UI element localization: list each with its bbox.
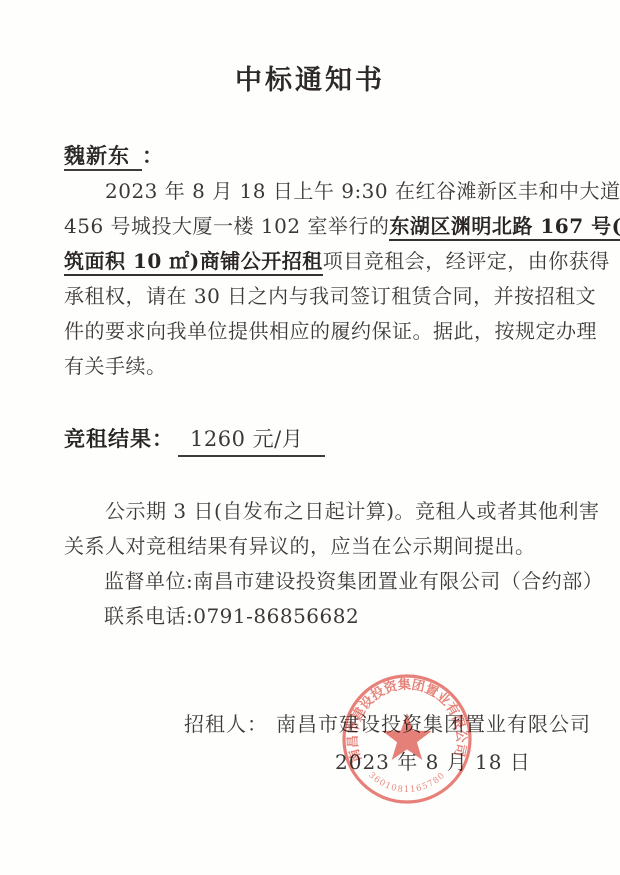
lessor-label: 招租人： — [184, 712, 268, 736]
bid-result-label: 竞租结果： — [64, 426, 174, 451]
body-line: 公示期 3 日(自发布之日起计算)。竞租人或者其他利害 — [64, 494, 576, 529]
contact-block: 监督单位:南昌市建设投资集团置业有限公司（合约部） 联系电话:0791-8685… — [104, 564, 603, 634]
body-text: 456 号城投大厦一楼 102 室举行的 — [64, 214, 389, 238]
body-text: 件的要求向我单位提供相应的履约保证。据此，按规定办理 — [64, 319, 597, 343]
body-text: 项目竞租会，经评定，由你获得 — [323, 249, 610, 273]
body-text: 承租权，请在 30 日之内与我司签订租赁合同，并按招租文 — [64, 284, 596, 308]
company-seal-stamp: 南昌市建设投资集团置业有限公司 3601081165780 — [322, 654, 492, 824]
addressee-line: 魏新东： — [64, 140, 164, 171]
body-text: 有关手续。 — [64, 354, 167, 378]
project-name-highlight: 东湖区渊明北路 167 号(建 — [389, 214, 620, 241]
page-title: 中标通知书 — [0, 58, 620, 97]
phone-line: 联系电话:0791-86856682 — [104, 599, 603, 634]
signature-date: 2023 年 8 月 18 日 — [335, 748, 531, 776]
body-paragraph-main: 2023 年 8 月 18 日上午 9:30 在红谷滩新区丰和中大道 456 号… — [64, 174, 576, 384]
bid-result-value: 1260 元/月 — [178, 424, 325, 457]
seal-ring — [344, 676, 470, 802]
body-line: 筑面积 10 ㎡)商铺公开招租项目竞租会，经评定，由你获得 — [64, 244, 576, 279]
bid-result-line: 竞租结果：1260 元/月 — [64, 424, 325, 457]
body-text: 关系人对竞租结果有异议的，应当在公示期间提出。 — [64, 534, 536, 558]
lessor-company-name: 南昌市建设投资集团置业有限公司 — [276, 712, 591, 736]
seal-svg: 南昌市建设投资集团置业有限公司 3601081165780 — [322, 654, 492, 824]
body-text: 2023 年 8 月 18 日上午 9:30 在红谷滩新区丰和中大道 — [105, 179, 620, 203]
lessor-signature-line: 招租人：南昌市建设投资集团置业有限公司 — [184, 710, 591, 738]
body-line: 456 号城投大厦一楼 102 室举行的东湖区渊明北路 167 号(建 — [64, 209, 576, 244]
body-line: 件的要求向我单位提供相应的履约保证。据此，按规定办理 — [64, 314, 576, 349]
supervisor-line: 监督单位:南昌市建设投资集团置业有限公司（合约部） — [104, 564, 603, 599]
addressee-name: 魏新东 — [64, 143, 142, 171]
project-name-highlight: 筑面积 10 ㎡)商铺公开招租 — [64, 249, 323, 276]
addressee-colon: ： — [142, 143, 164, 168]
body-line: 有关手续。 — [64, 349, 576, 384]
body-line: 2023 年 8 月 18 日上午 9:30 在红谷滩新区丰和中大道 — [64, 174, 576, 209]
body-text: 公示期 3 日(自发布之日起计算)。竞租人或者其他利害 — [105, 499, 600, 523]
body-line: 承租权，请在 30 日之内与我司签订租赁合同，并按招租文 — [64, 279, 576, 314]
scanned-notice-page: 中标通知书 魏新东： 2023 年 8 月 18 日上午 9:30 在红谷滩新区… — [0, 0, 620, 875]
body-paragraph-publicity: 公示期 3 日(自发布之日起计算)。竞租人或者其他利害 关系人对竞租结果有异议的… — [64, 494, 576, 564]
body-line: 关系人对竞租结果有异议的，应当在公示期间提出。 — [64, 529, 576, 564]
